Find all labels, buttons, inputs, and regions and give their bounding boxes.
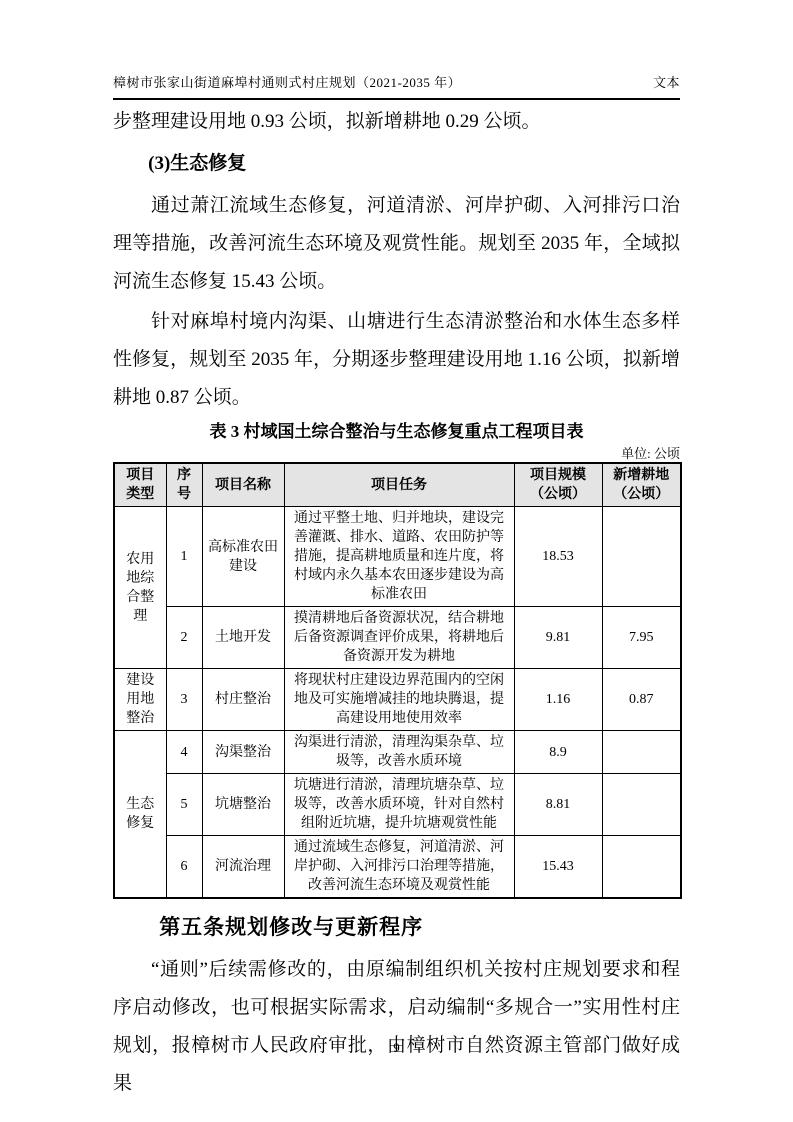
- table-title: 表 3 村域国土综合整治与生态修复重点工程项目表: [113, 419, 680, 445]
- header-doc-type: 文本: [653, 72, 680, 91]
- document-page: 樟树市张家山街道麻埠村通则式村庄规划（2021-2035 年） 文本 步整理建设…: [0, 0, 793, 1122]
- cell-no: 1: [166, 507, 202, 607]
- cell-category: 生态修复: [114, 731, 166, 899]
- table-header-row: 项目 类型 序 号 项目名称 项目任务 项目规模 （公顷） 新增耕地 （公顷）: [114, 463, 681, 507]
- cell-scale: 1.16: [514, 669, 602, 731]
- cell-new-land: 7.95: [602, 607, 681, 669]
- heading-eco-restoration: (3)生态修复: [113, 145, 680, 183]
- cell-task: 将现状村庄建设边界范围内的空闲地及可实施增减挂的地块腾退，提高建设用地使用效率: [284, 669, 514, 731]
- table-unit-note: 单位: 公顷: [113, 445, 680, 462]
- col-header-category: 项目 类型: [114, 463, 166, 507]
- table-row: 6 河流治理 通过流域生态修复，河道清淤、河岸护砌、入河排污口治理等措施，改善河…: [114, 836, 681, 899]
- col-header-new-land: 新增耕地 （公顷）: [602, 463, 681, 507]
- cell-scale: 15.43: [514, 836, 602, 899]
- cell-task: 摸清耕地后备资源状况，结合耕地后备资源调查评价成果，将耕地后备资源开发为耕地: [284, 607, 514, 669]
- cell-task: 坑塘进行清淤，清理坑塘杂草、垃圾等，改善水质环境，针对自然村组附近坑塘，提升坑塘…: [284, 774, 514, 836]
- project-table: 项目 类型 序 号 项目名称 项目任务 项目规模 （公顷） 新增耕地 （公顷） …: [113, 462, 682, 899]
- cell-no: 2: [166, 607, 202, 669]
- cell-task: 沟渠进行清淤，清理沟渠杂草、垃圾等，改善水质环境: [284, 731, 514, 774]
- page-header: 樟树市张家山街道麻埠村通则式村庄规划（2021-2035 年） 文本: [113, 72, 680, 100]
- cell-name: 村庄整治: [202, 669, 284, 731]
- cell-scale: 9.81: [514, 607, 602, 669]
- page-number: 9: [0, 1040, 793, 1056]
- col-header-name: 项目名称: [202, 463, 284, 507]
- cell-task: 通过流域生态修复，河道清淤、河岸护砌、入河排污口治理等措施，改善河流生态环境及观…: [284, 836, 514, 899]
- cell-no: 4: [166, 731, 202, 774]
- paragraph-continuation: 步整理建设用地 0.93 公顷，拟新增耕地 0.29 公顷。: [113, 103, 680, 141]
- col-header-scale: 项目规模 （公顷）: [514, 463, 602, 507]
- cell-name: 河流治理: [202, 836, 284, 899]
- cell-task: 通过平整土地、归并地块，建设完善灌溉、排水、道路、农田防护等措施，提高耕地质量和…: [284, 507, 514, 607]
- table-row: 5 坑塘整治 坑塘进行清淤，清理坑塘杂草、垃圾等，改善水质环境，针对自然村组附近…: [114, 774, 681, 836]
- cell-category: 建设用地整治: [114, 669, 166, 731]
- heading-article-5: 第五条规划修改与更新程序: [113, 911, 680, 943]
- paragraph-eco-2: 针对麻埠村境内沟渠、山塘进行生态清淤整治和水体生态多样性修复，规划至 2035 …: [113, 303, 680, 417]
- table-row: 建设用地整治 3 村庄整治 将现状村庄建设边界范围内的空闲地及可实施增减挂的地块…: [114, 669, 681, 731]
- cell-new-land: [602, 836, 681, 899]
- cell-no: 5: [166, 774, 202, 836]
- col-header-task: 项目任务: [284, 463, 514, 507]
- cell-category: 农用地综合整理: [114, 507, 166, 669]
- cell-scale: 18.53: [514, 507, 602, 607]
- cell-scale: 8.81: [514, 774, 602, 836]
- cell-name: 高标准农田建设: [202, 507, 284, 607]
- cell-new-land: [602, 774, 681, 836]
- cell-no: 6: [166, 836, 202, 899]
- table-row: 2 土地开发 摸清耕地后备资源状况，结合耕地后备资源调查评价成果，将耕地后备资源…: [114, 607, 681, 669]
- col-header-no: 序 号: [166, 463, 202, 507]
- header-title: 樟树市张家山街道麻埠村通则式村庄规划（2021-2035 年）: [113, 72, 461, 91]
- page-content: 步整理建设用地 0.93 公顷，拟新增耕地 0.29 公顷。 (3)生态修复 通…: [113, 103, 680, 1103]
- paragraph-article-5: “通则”后续需修改的，由原编制组织机关按村庄规划要求和程序启动修改，也可根据实际…: [113, 951, 680, 1103]
- cell-new-land: [602, 507, 681, 607]
- cell-new-land: [602, 731, 681, 774]
- cell-name: 土地开发: [202, 607, 284, 669]
- table-row: 生态修复 4 沟渠整治 沟渠进行清淤，清理沟渠杂草、垃圾等，改善水质环境 8.9: [114, 731, 681, 774]
- table-row: 农用地综合整理 1 高标准农田建设 通过平整土地、归并地块，建设完善灌溉、排水、…: [114, 507, 681, 607]
- cell-name: 坑塘整治: [202, 774, 284, 836]
- cell-new-land: 0.87: [602, 669, 681, 731]
- paragraph-eco-1: 通过萧江流域生态修复，河道清淤、河岸护砌、入河排污口治理等措施，改善河流生态环境…: [113, 187, 680, 301]
- cell-no: 3: [166, 669, 202, 731]
- cell-name: 沟渠整治: [202, 731, 284, 774]
- cell-scale: 8.9: [514, 731, 602, 774]
